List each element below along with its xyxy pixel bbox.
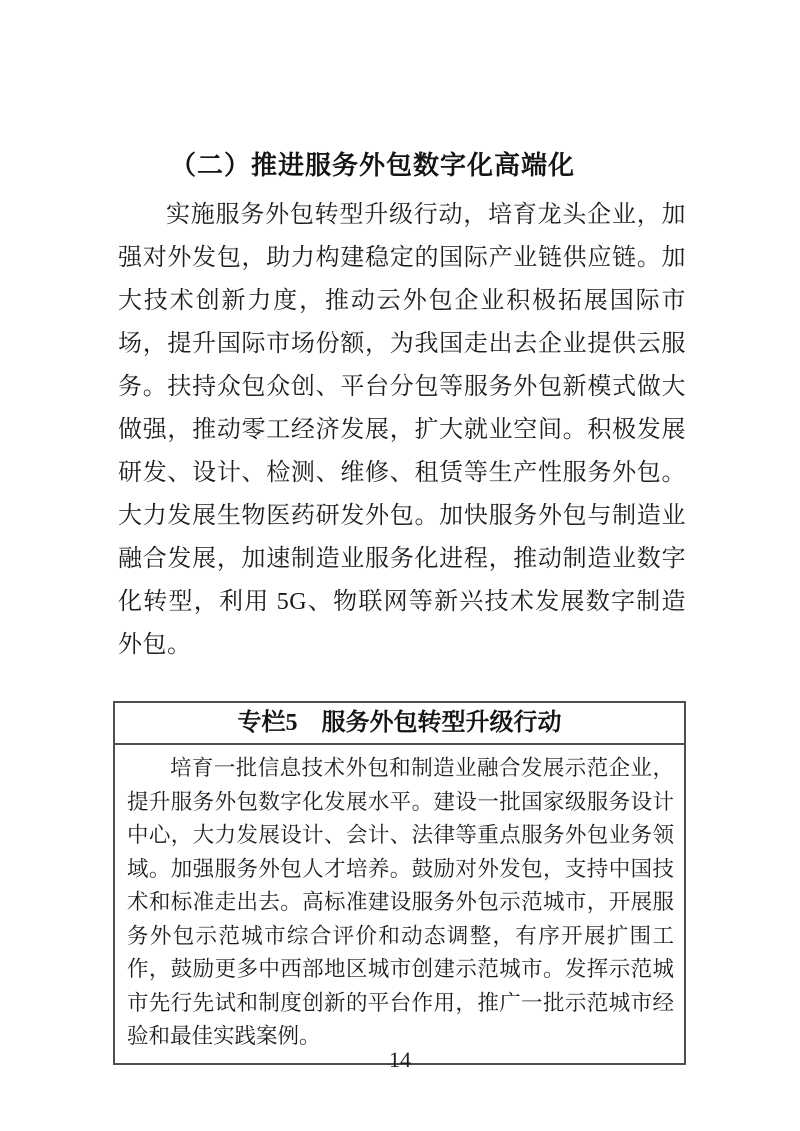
section-paragraph: 实施服务外包转型升级行动，培育龙头企业，加强对外发包，助力构建稳定的国际产业链供… [118, 194, 686, 667]
page-number: 14 [0, 1047, 800, 1073]
callout-box-title: 专栏5 服务外包转型升级行动 [115, 703, 684, 745]
callout-box-body: 培育一批信息技术外包和制造业融合发展示范企业，提升服务外包数字化发展水平。建设一… [115, 745, 684, 1063]
callout-box: 专栏5 服务外包转型升级行动 培育一批信息技术外包和制造业融合发展示范企业，提升… [113, 701, 686, 1065]
document-page: （二）推进服务外包数字化高端化 实施服务外包转型升级行动，培育龙头企业，加强对外… [0, 0, 800, 1131]
section-heading: （二）推进服务外包数字化高端化 [118, 150, 686, 182]
page-content: （二）推进服务外包数字化高端化 实施服务外包转型升级行动，培育龙头企业，加强对外… [0, 0, 800, 1065]
